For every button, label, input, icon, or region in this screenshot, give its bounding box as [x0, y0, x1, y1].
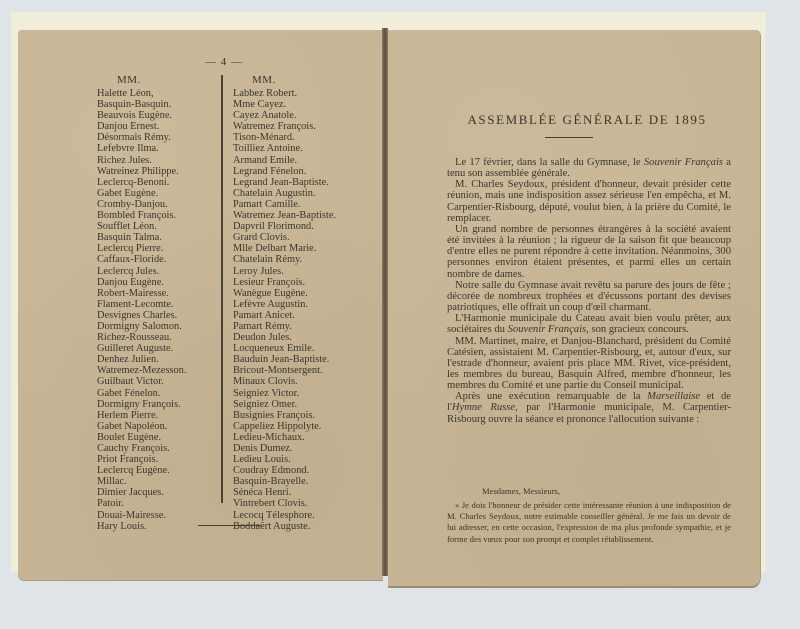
- member-name: Coudray Edmond.: [233, 465, 336, 476]
- member-name: Seigniez Omer.: [233, 399, 336, 410]
- title-rule: [545, 137, 593, 138]
- speech-paragraph: « Je dois l'honneur de présider cette in…: [447, 500, 731, 545]
- member-name: Grard Clovis.: [233, 232, 336, 243]
- member-name: Leroy Jules.: [233, 266, 336, 277]
- member-name: Lecocq Télesphore.: [233, 510, 336, 521]
- report-paragraph: Notre salle du Gymnase avait revêtu sa p…: [447, 280, 731, 313]
- member-name: Dormigny François.: [97, 399, 186, 410]
- member-name: Mme Cayez.: [233, 99, 336, 110]
- member-name: Patoir.: [97, 498, 186, 509]
- column-1-header: MM.: [117, 74, 141, 86]
- member-name: Ledieu Louis.: [233, 454, 336, 465]
- member-name: Watremez-Mezesson.: [97, 365, 186, 376]
- member-name: Pamart Camille.: [233, 199, 336, 210]
- member-name: Dormigny Salomon.: [97, 321, 186, 332]
- member-name: Cauchy François.: [97, 443, 186, 454]
- member-name: Hary Louis.: [97, 521, 186, 532]
- member-name: Wanègue Eugène.: [233, 288, 336, 299]
- member-name: Leclercq-Benoni.: [97, 177, 186, 188]
- book-gutter: [382, 28, 388, 576]
- member-name: Sénéca Henri.: [233, 487, 336, 498]
- member-name: Danjou Ernest.: [97, 121, 186, 132]
- member-name: Legrand Fénelon.: [233, 166, 336, 177]
- section-title: ASSEMBLÉE GÉNÉRALE DE 1895: [442, 112, 732, 128]
- member-name: Beauvois Eugène.: [97, 110, 186, 121]
- member-name: Denhez Julien.: [97, 354, 186, 365]
- member-name: Bombled François.: [97, 210, 186, 221]
- member-name: Lesieur François.: [233, 277, 336, 288]
- member-name: Cayez Anatole.: [233, 110, 336, 121]
- member-name: Dapvril Florimond.: [233, 221, 336, 232]
- member-name: Mlle Delbart Marie.: [233, 243, 336, 254]
- member-name: Gabet Napoléon.: [97, 421, 186, 432]
- member-name: Millac.: [97, 476, 186, 487]
- member-name: Flament-Lecomte.: [97, 299, 186, 310]
- column-divider: [221, 75, 223, 503]
- member-name: Leclercq Eugène.: [97, 465, 186, 476]
- member-name: Lefebvre Ilma.: [97, 143, 186, 154]
- speech-salutation: Mesdames, Messieurs,: [482, 486, 560, 496]
- member-name: Toilliez Antoine.: [233, 143, 336, 154]
- member-name: Busignies François.: [233, 410, 336, 421]
- speech-text: « Je dois l'honneur de présider cette in…: [447, 500, 731, 545]
- member-name: Chatelain Augustin.: [233, 188, 336, 199]
- report-paragraph: Après une exécution remarquable de la Ma…: [447, 391, 731, 424]
- member-name: Cappeliez Hippolyte.: [233, 421, 336, 432]
- page-number: — 4 —: [205, 56, 243, 68]
- report-paragraph: Un grand nombre de personnes étrangères …: [447, 224, 731, 280]
- member-name: Lefèvre Augustin.: [233, 299, 336, 310]
- member-name: Caffaux-Floride.: [97, 254, 186, 265]
- member-name: Desvignes Charles.: [97, 310, 186, 321]
- member-name: Pamart Anicet.: [233, 310, 336, 321]
- member-name: Halette Léon,: [97, 88, 186, 99]
- member-name: Guilleret Auguste.: [97, 343, 186, 354]
- member-name: Cromby-Danjou.: [97, 199, 186, 210]
- member-name: Locqueneux Emile.: [233, 343, 336, 354]
- member-name: Dimier Jacques.: [97, 487, 186, 498]
- member-name: Deudon Jules.: [233, 332, 336, 343]
- member-name: Herlem Pierre.: [97, 410, 186, 421]
- column-2-header: MM.: [252, 74, 276, 86]
- member-name: Leclercq Pierre.: [97, 243, 186, 254]
- member-name: Gabet Fénelon.: [97, 388, 186, 399]
- member-name: Labbez Robert.: [233, 88, 336, 99]
- report-body: Le 17 février, dans la salle du Gymnase,…: [447, 157, 731, 425]
- member-name: Watremez François.: [233, 121, 336, 132]
- report-paragraph: L'Harmonie municipale du Cateau avait bi…: [447, 313, 731, 335]
- member-name: Watreinez Philippe.: [97, 166, 186, 177]
- member-name: Legrand Jean-Baptiste.: [233, 177, 336, 188]
- member-name: Boulet Eugène.: [97, 432, 186, 443]
- member-name: Douai-Mairesse.: [97, 510, 186, 521]
- member-list-column-2: Labbez Robert.Mme Cayez.Cayez Anatole.Wa…: [233, 88, 336, 532]
- member-name: Basquin-Brayelle.: [233, 476, 336, 487]
- report-paragraph: MM. Martinet, maire, et Danjou-Blanchard…: [447, 336, 731, 392]
- member-name: Seigniez Victor.: [233, 388, 336, 399]
- report-paragraph: M. Charles Seydoux, président d'honneur,…: [447, 179, 731, 224]
- member-name: Danjou Eugène.: [97, 277, 186, 288]
- member-name: Soufflet Léon.: [97, 221, 186, 232]
- member-name: Tison-Ménard.: [233, 132, 336, 143]
- member-name: Bauduin Jean-Baptiste.: [233, 354, 336, 365]
- member-name: Vintrebert Clovis.: [233, 498, 336, 509]
- member-name: Basquin Talma.: [97, 232, 186, 243]
- member-name: Minaux Clovis.: [233, 376, 336, 387]
- member-name: Robert-Mairesse.: [97, 288, 186, 299]
- member-name: Désormais Rémy.: [97, 132, 186, 143]
- member-list-column-1: Halette Léon,Basquin-Basquin.Beauvois Eu…: [97, 88, 186, 532]
- member-name: Priot François.: [97, 454, 186, 465]
- member-name: Leclercq Jules.: [97, 266, 186, 277]
- member-name: Denis Dumez.: [233, 443, 336, 454]
- member-name: Boddaërt Auguste.: [233, 521, 336, 532]
- member-name: Chatelain Rémy.: [233, 254, 336, 265]
- member-name: Bricout-Montsergent.: [233, 365, 336, 376]
- member-name: Pamart Rémy.: [233, 321, 336, 332]
- end-rule: [198, 525, 262, 526]
- report-paragraph: Le 17 février, dans la salle du Gymnase,…: [447, 157, 731, 179]
- member-name: Watremez Jean-Baptiste.: [233, 210, 336, 221]
- member-name: Ledieu-Michaux.: [233, 432, 336, 443]
- member-name: Gabet Eugène.: [97, 188, 186, 199]
- member-name: Basquin-Basquin.: [97, 99, 186, 110]
- member-name: Richez-Rousseau.: [97, 332, 186, 343]
- member-name: Armand Emile.: [233, 155, 336, 166]
- member-name: Richez Jules.: [97, 155, 186, 166]
- member-name: Guilbaut Victor.: [97, 376, 186, 387]
